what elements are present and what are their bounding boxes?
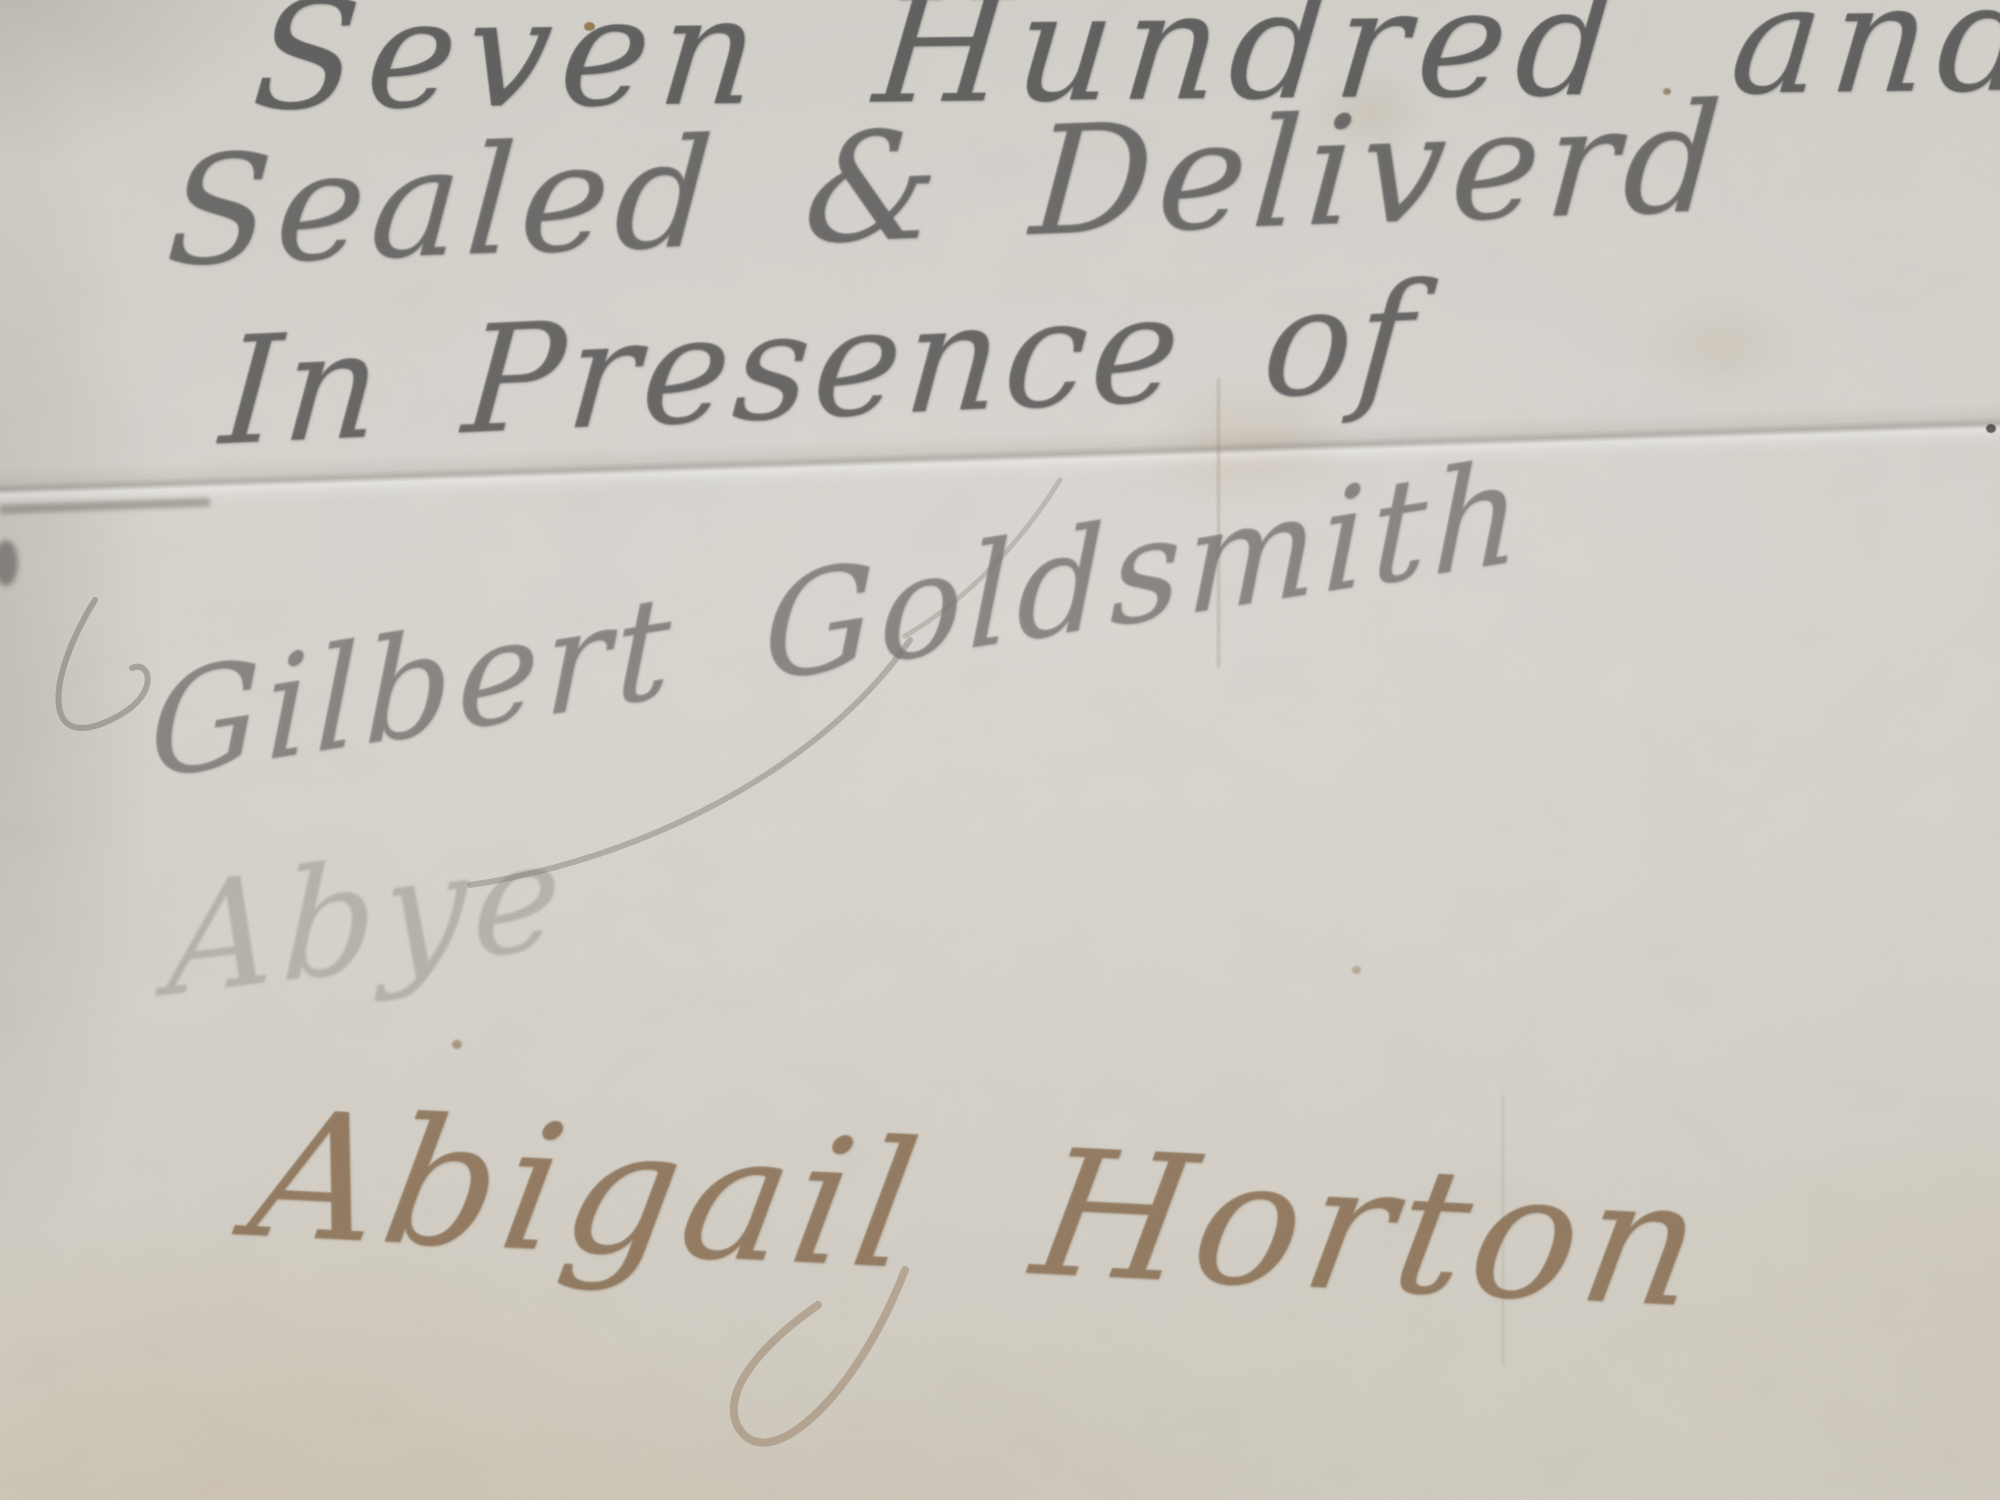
handwritten-line-sealed-delivered: Sealed & Deliverd — [163, 83, 1731, 288]
foxing-speck — [1663, 88, 1671, 95]
manuscript-photo: Seven Hundred and Nin Sealed & Deliverd … — [0, 0, 2000, 1500]
handwritten-line-amount: Seven Hundred and Nin — [248, 0, 2000, 132]
fold-crease-left-end — [0, 498, 210, 514]
paper-grain-texture — [0, 0, 2000, 1500]
paper-scratch — [1217, 378, 1220, 668]
foxing-speck — [1352, 966, 1361, 974]
left-edge-ink-blot — [0, 540, 18, 586]
signature-gilbert-goldsmith: Gilbert Goldsmith — [149, 441, 1527, 801]
foxing-speck — [584, 22, 595, 31]
ink-flourishes — [0, 0, 2000, 1500]
faded-word-abye: Abye — [165, 818, 569, 1019]
foxing-speck — [452, 1040, 462, 1049]
handwritten-line-in-presence-of: In Presence of — [216, 263, 1421, 466]
signature-abigail-horton: Abigail Horton — [240, 1089, 1719, 1334]
paper-scratch — [1502, 1095, 1504, 1365]
ink-speck — [1986, 424, 1996, 433]
fold-crease — [0, 398, 2000, 514]
